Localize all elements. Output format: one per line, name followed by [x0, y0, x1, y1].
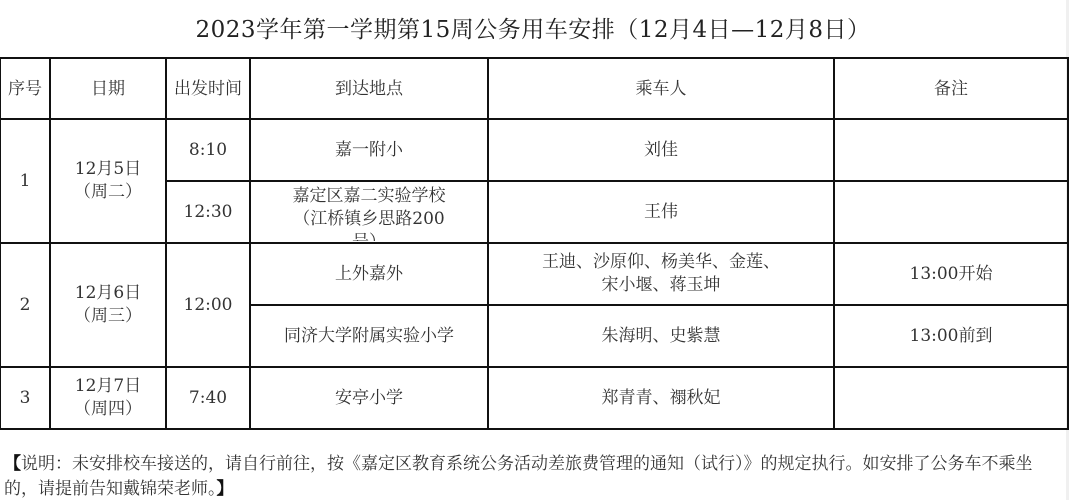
header-date: 日期 — [50, 58, 166, 119]
table-row: 1 12月5日 （周二） 8:10 嘉一附小 刘佳 — [0, 119, 1068, 181]
cell-destination: 嘉一附小 — [250, 119, 488, 181]
cell-date: 12月5日 （周二） — [50, 119, 166, 243]
weekday-text: （周三） — [51, 305, 165, 328]
cell-no: 1 — [0, 119, 50, 243]
weekday-text: （周二） — [51, 181, 165, 204]
header-remark: 备注 — [834, 58, 1068, 119]
cell-no: 2 — [0, 243, 50, 367]
destination-line: 号） — [251, 231, 487, 241]
cell-depart-time: 12:00 — [166, 243, 250, 367]
cell-passengers: 郑青青、禤秋妃 — [488, 367, 834, 429]
table-header-row: 序号 日期 出发时间 到达地点 乘车人 备注 — [0, 58, 1068, 119]
date-text: 12月6日 — [51, 282, 165, 305]
destination-line: （江桥镇乡思路200 — [251, 208, 487, 231]
cell-date: 12月6日 （周三） — [50, 243, 166, 367]
date-text: 12月7日 — [51, 375, 165, 398]
note-text: 说明：未安排校车接送的，请自行前往，按《嘉定区教育系统公务活动差旅费管理的通知（… — [4, 454, 1033, 499]
cell-remark — [834, 119, 1068, 181]
table-row: 3 12月7日 （周四） 7:40 安亭小学 郑青青、禤秋妃 — [0, 367, 1068, 429]
cell-remark: 13:00开始 — [834, 243, 1068, 305]
cell-remark — [834, 181, 1068, 243]
note-open-bracket: 【 — [4, 454, 21, 474]
cell-remark — [834, 367, 1068, 429]
table-row: 2 12月6日 （周三） 12:00 上外嘉外 王迪、沙原仰、杨美华、金莲、 宋… — [0, 243, 1068, 305]
cell-depart-time: 7:40 — [166, 367, 250, 429]
note-close-bracket: 】 — [217, 479, 234, 499]
destination-line: 嘉定区嘉二实验学校 — [251, 185, 487, 208]
cell-depart-time: 8:10 — [166, 119, 250, 181]
weekday-text: （周四） — [51, 398, 165, 421]
passengers-line: 王迪、沙原仰、杨美华、金莲、 — [489, 251, 833, 274]
cell-passengers: 王迪、沙原仰、杨美华、金莲、 宋小堰、蒋玉坤 — [488, 243, 834, 305]
page-title: 2023学年第一学期第15周公务用车安排（12月4日—12月8日） — [0, 14, 1066, 46]
header-no: 序号 — [0, 58, 50, 119]
cell-destination: 安亭小学 — [250, 367, 488, 429]
header-depart-time: 出发时间 — [166, 58, 250, 119]
vehicle-schedule-table: 序号 日期 出发时间 到达地点 乘车人 备注 1 12月5日 （周二） 8:10… — [0, 57, 1069, 430]
cell-destination: 上外嘉外 — [250, 243, 488, 305]
header-destination: 到达地点 — [250, 58, 488, 119]
passengers-line: 宋小堰、蒋玉坤 — [489, 274, 833, 297]
cell-destination: 同济大学附属实验小学 — [250, 305, 488, 367]
cell-date: 12月7日 （周四） — [50, 367, 166, 429]
header-passengers: 乘车人 — [488, 58, 834, 119]
footnote: 【说明：未安排校车接送的，请自行前往，按《嘉定区教育系统公务活动差旅费管理的通知… — [4, 452, 1054, 500]
cell-depart-time: 12:30 — [166, 181, 250, 243]
cell-no: 3 — [0, 367, 50, 429]
cell-passengers: 刘佳 — [488, 119, 834, 181]
cell-destination: 嘉定区嘉二实验学校 （江桥镇乡思路200 号） — [250, 181, 488, 243]
cell-remark: 13:00前到 — [834, 305, 1068, 367]
cell-passengers: 朱海明、史紫慧 — [488, 305, 834, 367]
date-text: 12月5日 — [51, 158, 165, 181]
cell-passengers: 王伟 — [488, 181, 834, 243]
